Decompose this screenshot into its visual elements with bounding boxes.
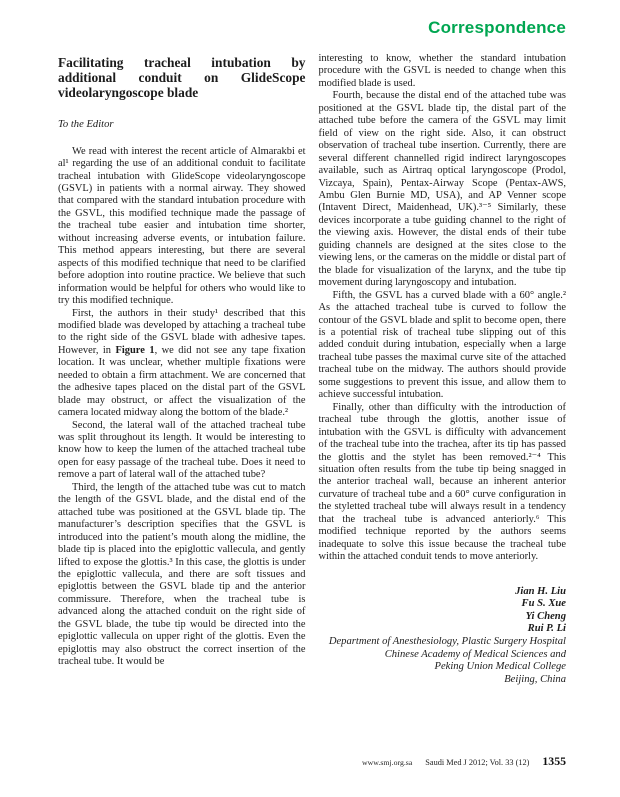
signature-block: Jian H. Liu Fu S. Xue Yi Cheng Rui P. Li… (319, 586, 567, 687)
masthead: Correspondence (58, 18, 566, 38)
body-paragraph: Fourth, because the distal end of the at… (319, 90, 567, 289)
article-title-line: videolaryngoscope blade (58, 85, 306, 100)
article-title-line: additional conduit on GlideScope (58, 70, 306, 85)
page-number: 1355 (542, 754, 566, 769)
body-paragraph-continued: interesting to know, whether the standar… (319, 53, 567, 90)
body-paragraph: Second, the lateral wall of the attached… (58, 420, 306, 482)
author-name: Yi Cheng (319, 611, 567, 624)
body-paragraph: First, the authors in their study¹ descr… (58, 308, 306, 420)
body-paragraph: Finally, other than difficulty with the … (319, 402, 567, 564)
body-paragraph: Fifth, the GSVL has a curved blade with … (319, 290, 567, 402)
affiliation-line: Department of Anesthesiology, Plastic Su… (319, 636, 567, 649)
journal-citation: Saudi Med J 2012; Vol. 33 (12) (425, 758, 529, 767)
right-column: interesting to know, whether the standar… (319, 53, 567, 686)
affiliation-line: Beijing, China (319, 674, 567, 687)
author-name: Jian H. Liu (319, 586, 567, 599)
page-footer: www.smj.org.sa Saudi Med J 2012; Vol. 33… (362, 754, 566, 769)
article-title-line: Facilitating tracheal intubation by (58, 55, 306, 70)
left-column: Facilitating tracheal intubation by addi… (58, 53, 306, 686)
body-paragraph: Third, the length of the attached tube w… (58, 482, 306, 669)
author-name: Fu S. Xue (319, 598, 567, 611)
section-label: Correspondence (428, 18, 566, 37)
journal-website: www.smj.org.sa (362, 758, 412, 767)
salutation: To the Editor (58, 119, 306, 130)
journal-page: Correspondence Facilitating tracheal int… (0, 0, 620, 797)
author-name: Rui P. Li (319, 623, 567, 636)
article-title: Facilitating tracheal intubation by addi… (58, 55, 306, 101)
affiliation-line: Chinese Academy of Medical Sciences and (319, 649, 567, 662)
affiliation-line: Peking Union Medical College (319, 661, 567, 674)
two-column-layout: Facilitating tracheal intubation by addi… (58, 53, 566, 686)
body-paragraph: We read with interest the recent article… (58, 146, 306, 308)
